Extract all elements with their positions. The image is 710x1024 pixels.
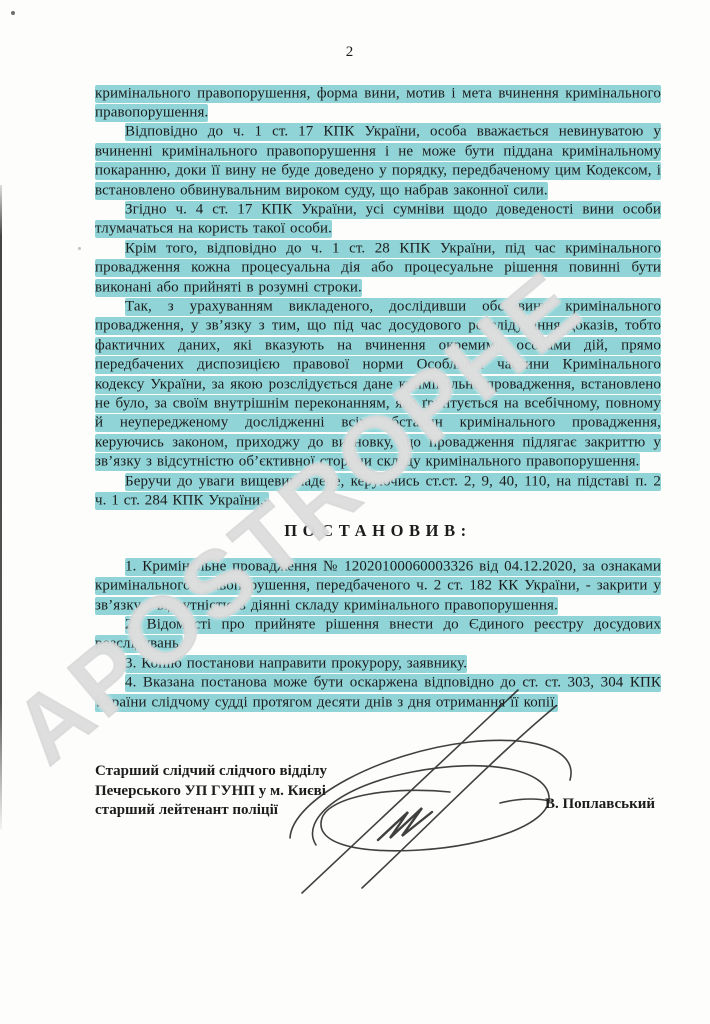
document-body: кримінального правопорушення, форма вини…	[95, 84, 661, 713]
highlighted-text: Відповідно до ч. 1 ст. 17 КПК України, о…	[95, 123, 661, 199]
paragraph-art17-p4: Згідно ч. 4 ст. 17 КПК України, усі сумн…	[95, 200, 661, 239]
highlighted-text: Згідно ч. 4 ст. 17 КПК України, усі сумн…	[95, 201, 661, 238]
handwritten-signature-scribble	[260, 650, 600, 910]
highlighted-text: Так, з урахуванням викладеного, дослідив…	[95, 298, 661, 471]
scan-speck	[78, 247, 81, 250]
scan-edge-artifact	[0, 185, 2, 830]
highlighted-text: кримінального правопорушення, форма вини…	[95, 85, 661, 122]
resolution-item-1: 1. Кримінальне провадження № 12020100060…	[95, 557, 661, 615]
paragraph-continuation: кримінального правопорушення, форма вини…	[95, 84, 661, 123]
highlighted-text: Беручи до уваги вищевикладене, керуючись…	[95, 473, 661, 510]
paragraph-legal-basis: Беручи до уваги вищевикладене, керуючись…	[95, 472, 661, 511]
resolution-item-2: 2. Відомості про прийняте рішення внести…	[95, 616, 661, 655]
highlighted-text: Крім того, відповідно до ч. 1 ст. 28 КПК…	[95, 240, 661, 297]
paragraph-art17-p1: Відповідно до ч. 1 ст. 17 КПК України, о…	[95, 123, 661, 201]
paragraph-conclusion: Так, з урахуванням викладеного, дослідив…	[95, 297, 661, 472]
highlighted-text: 2. Відомості про прийняте рішення внести…	[95, 616, 661, 653]
scan-speck	[11, 11, 15, 15]
resolution-heading: ПОСТАНОВИВ:	[95, 521, 661, 540]
page-number: 2	[300, 44, 400, 61]
scanned-document-page: 2 кримінального правопорушення, форма ви…	[0, 0, 710, 1024]
paragraph-art28: Крім того, відповідно до ч. 1 ст. 28 КПК…	[95, 239, 661, 297]
highlighted-text: 1. Кримінальне провадження № 12020100060…	[95, 558, 661, 615]
